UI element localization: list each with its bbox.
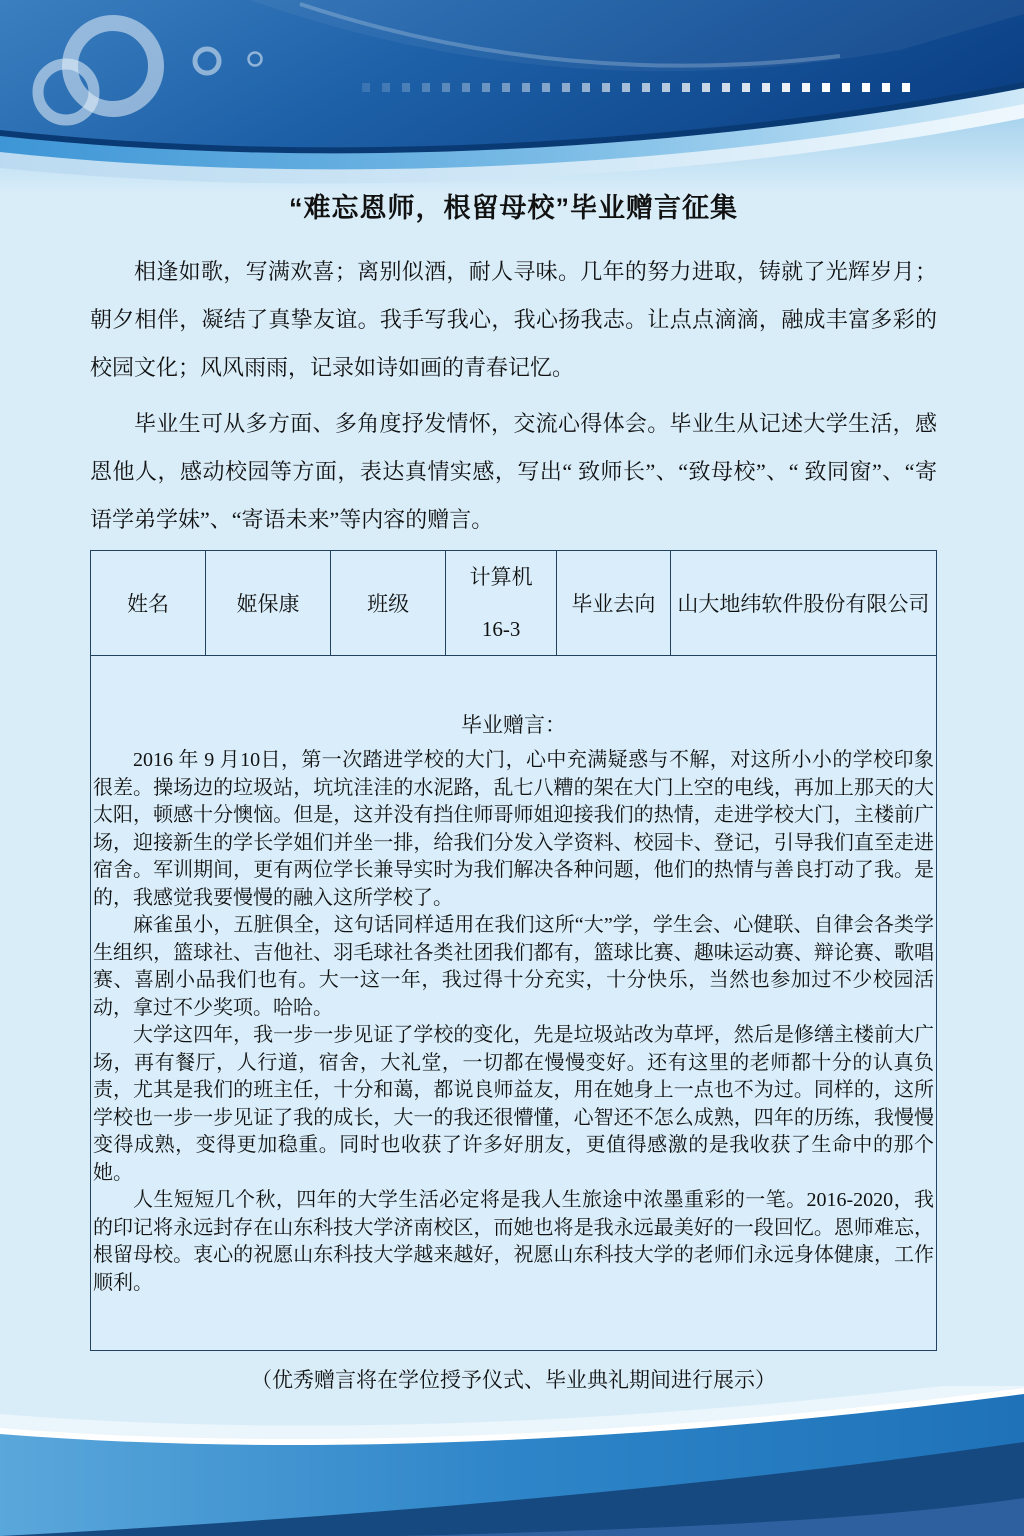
table-row: 毕业赠言： 2016 年 9 月10日，第一次踏进学校的大门，心中充满疑惑与不解… — [91, 656, 937, 1351]
class-value-line2: 16-3 — [448, 614, 554, 644]
message-paragraph-3: 大学这四年，我一步一步见证了学校的变化，先是垃圾站改为草坪，然后是修缮主楼前大广… — [93, 1022, 934, 1187]
intro-paragraph-2: 毕业生可从多方面、多角度抒发情怀，交流心得体会。毕业生从记述大学生活，感恩他人，… — [90, 400, 937, 544]
intro-paragraph-1: 相逢如歌，写满欢喜；离别似酒，耐人寻味。几年的努力进取，铸就了光辉岁月；朝夕相伴… — [90, 248, 937, 392]
message-heading: 毕业赠言： — [93, 709, 934, 741]
table-row: 姓名 姬保康 班级 计算机 16-3 毕业去向 山大地纬软件股份有限公司 — [91, 551, 937, 656]
message-paragraph-2: 麻雀虽小，五脏俱全，这句话同样适用在我们这所“大”学，学生会、心健联、自律会各类… — [93, 912, 934, 1022]
destination-value-cell: 山大地纬软件股份有限公司 — [670, 551, 936, 656]
class-label-cell: 班级 — [331, 551, 446, 656]
destination-label-cell: 毕业去向 — [557, 551, 670, 656]
footer-note: （优秀赠言将在学位授予仪式、毕业典礼期间进行展示） — [90, 1365, 937, 1395]
class-value-cell: 计算机 16-3 — [446, 551, 557, 656]
graduate-info-table: 姓名 姬保康 班级 计算机 16-3 毕业去向 山大地纬软件股份有限公司 毕业赠… — [90, 550, 937, 1351]
document-body: “难忘恩师，根留母校”毕业赠言征集 相逢如歌，写满欢喜；离别似酒，耐人寻味。几年… — [0, 0, 1024, 1395]
page-title: “难忘恩师，根留母校”毕业赠言征集 — [90, 190, 937, 226]
name-value-cell: 姬保康 — [206, 551, 331, 656]
message-paragraph-4: 人生短短几个秋，四年的大学生活必定将是我人生旅途中浓墨重彩的一笔。2016-20… — [93, 1187, 934, 1297]
footer-swoosh-decoration — [0, 1386, 1024, 1536]
class-value-line1: 计算机 — [448, 562, 554, 592]
message-paragraph-1: 2016 年 9 月10日，第一次踏进学校的大门，心中充满疑惑与不解，对这所小小… — [93, 747, 934, 912]
name-label-cell: 姓名 — [91, 551, 206, 656]
message-cell: 毕业赠言： 2016 年 9 月10日，第一次踏进学校的大门，心中充满疑惑与不解… — [91, 656, 937, 1351]
